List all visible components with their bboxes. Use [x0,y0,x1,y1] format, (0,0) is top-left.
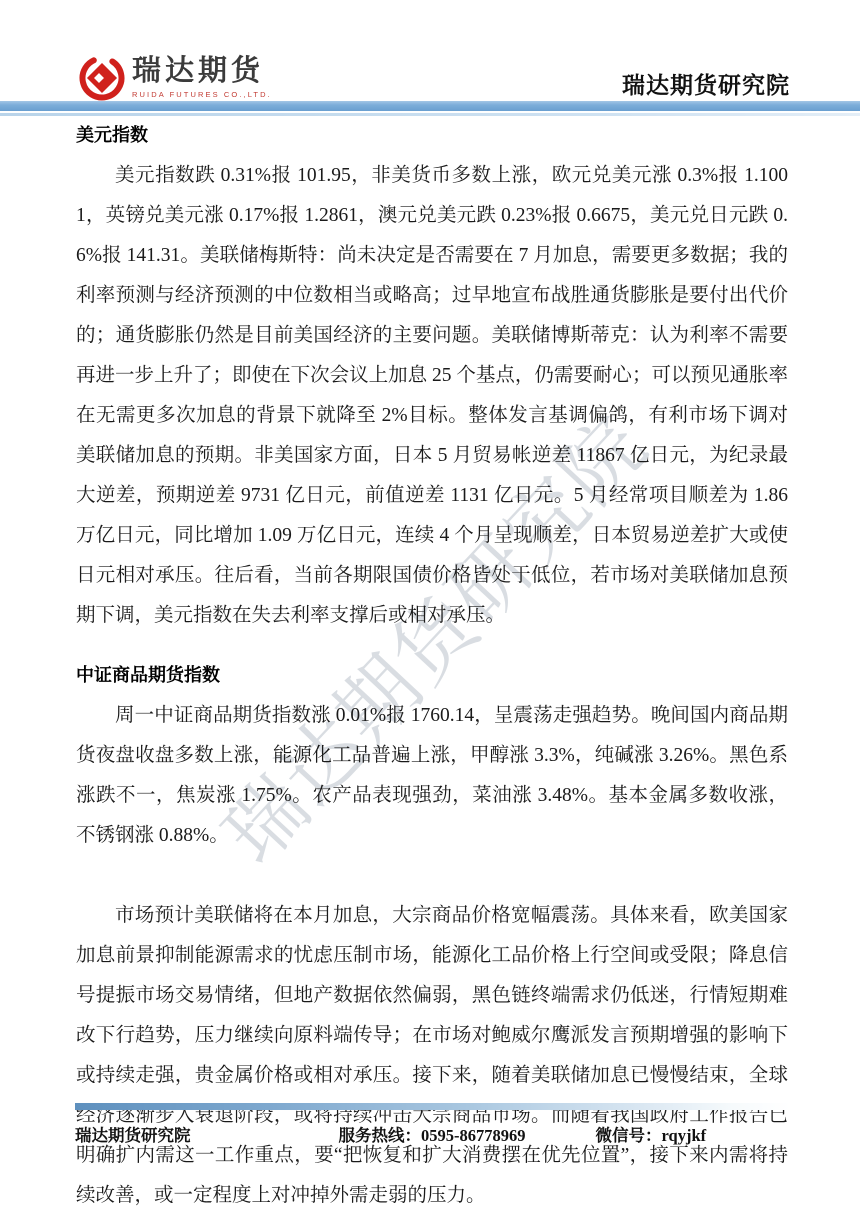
ruida-logo-icon [78,54,126,102]
header: 瑞达期货 RUIDA FUTURES CO.,LTD. 瑞达期货研究院 [78,44,790,102]
brand-name-en: RUIDA FUTURES CO.,LTD. [132,90,272,99]
section-heading-csi-commodity-index: 中证商品期货指数 [76,662,788,688]
footer-divider [75,1103,790,1110]
footer-hotline: 服务热线：0595-86778969 [339,1122,526,1146]
logo-text: 瑞达期货 RUIDA FUTURES CO.,LTD. [132,54,272,99]
footer-hotline-number: 0595-86778969 [421,1126,526,1145]
report-body: 美元指数 美元指数跌 0.31%报 101.95，非美货币多数上涨，欧元兑美元涨… [76,112,788,1216]
brand-name-cn: 瑞达期货 [132,54,272,88]
footer-wechat-label: 微信号： [596,1126,662,1145]
footer-institute: 瑞达期货研究院 [75,1122,191,1146]
footer-hotline-label: 服务热线： [339,1126,422,1145]
paragraph-usd-index: 美元指数跌 0.31%报 101.95，非美货币多数上涨，欧元兑美元涨 0.3%… [76,156,788,636]
report-page: 瑞达期货 RUIDA FUTURES CO.,LTD. 瑞达期货研究院 瑞达期货… [0,0,860,1217]
footer-wechat: 微信号：rqyjkf [596,1122,707,1146]
footer-wechat-id: rqyjkf [662,1126,707,1145]
header-divider-main-bar [0,101,860,111]
page-title: 瑞达期货研究院 [622,67,790,102]
company-logo: 瑞达期货 RUIDA FUTURES CO.,LTD. [78,54,272,102]
paragraph-csi-outlook: 市场预计美联储将在本月加息，大宗商品价格宽幅震荡。具体来看，欧美国家加息前景抑制… [76,896,788,1216]
footer: 瑞达期货研究院 服务热线：0595-86778969 微信号：rqyjkf [75,1122,790,1146]
paragraph-csi-overview: 周一中证商品期货指数涨 0.01%报 1760.14，呈震荡走强趋势。晚间国内商… [76,696,788,856]
section-heading-usd-index: 美元指数 [76,122,788,148]
